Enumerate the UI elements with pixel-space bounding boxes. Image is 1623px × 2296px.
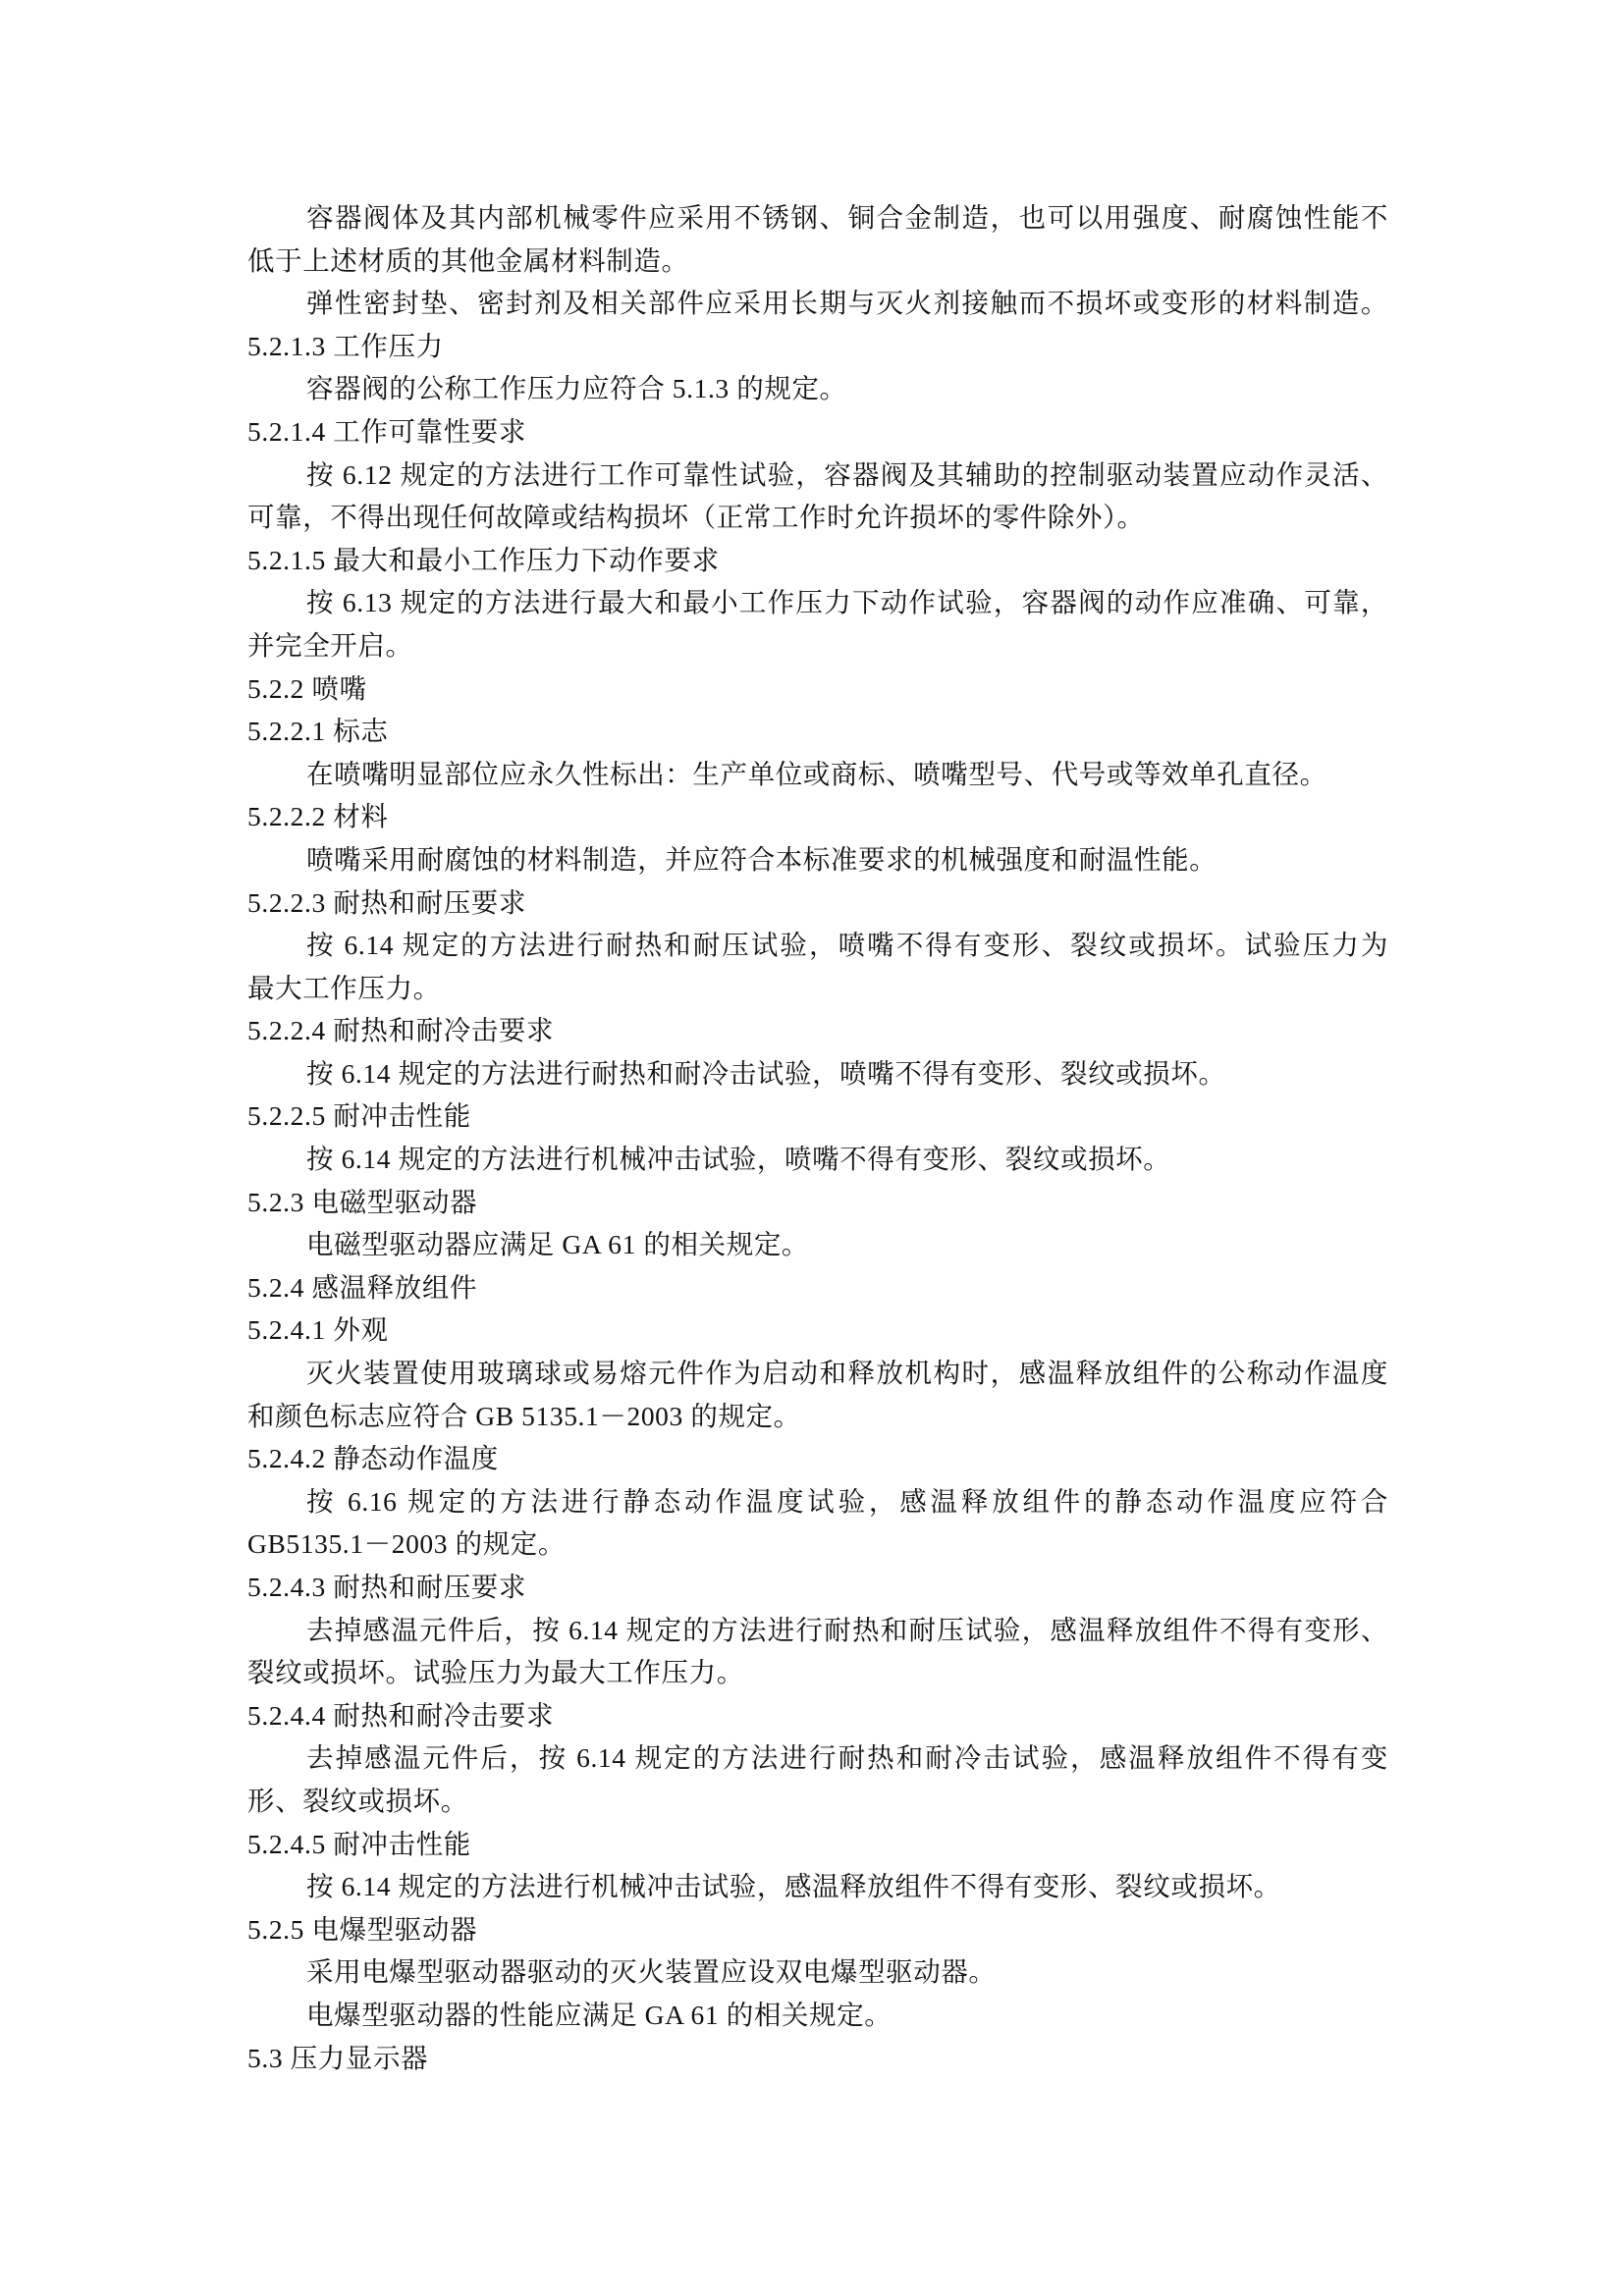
paragraph-first-line: 去掉感温元件后，按 6.14 规定的方法进行耐热和耐压试验，感温释放组件不得有变… <box>247 1609 1388 1652</box>
paragraph-first-line: 按 6.16 规定的方法进行静态动作温度试验，感温释放组件的静态动作温度应符合 <box>247 1480 1388 1523</box>
paragraph-continuation-line: 可靠，不得出现任何故障或结构损坏（正常工作时允许损坏的零件除外）。 <box>247 496 1388 539</box>
section-heading: 5.2.1.5 最大和最小工作压力下动作要求 <box>247 539 1388 582</box>
section-heading: 5.2.4 感温释放组件 <box>247 1266 1388 1309</box>
paragraph-continuation-line: 最大工作压力。 <box>247 967 1388 1010</box>
document-body: 容器阀体及其内部机械零件应采用不锈钢、铜合金制造，也可以用强度、耐腐蚀性能不低于… <box>247 196 1388 2079</box>
paragraph-first-line: 电爆型驱动器的性能应满足 GA 61 的相关规定。 <box>247 1994 1388 2037</box>
section-heading: 5.2.4.5 耐冲击性能 <box>247 1823 1388 1866</box>
section-heading: 5.2.2.3 耐热和耐压要求 <box>247 881 1388 925</box>
paragraph-continuation-line: 并完全开启。 <box>247 624 1388 667</box>
paragraph-first-line: 按 6.14 规定的方法进行耐热和耐压试验，喷嘴不得有变形、裂纹或损坏。试验压力… <box>247 924 1388 967</box>
paragraph-continuation-line: 低于上述材质的其他金属材料制造。 <box>247 240 1388 283</box>
section-heading: 5.2.2.5 耐冲击性能 <box>247 1095 1388 1138</box>
section-heading: 5.3 压力显示器 <box>247 2037 1388 2080</box>
paragraph-continuation-line: GB5135.1－2003 的规定。 <box>247 1522 1388 1566</box>
paragraph-first-line: 按 6.13 规定的方法进行最大和最小工作压力下动作试验，容器阀的动作应准确、可… <box>247 581 1388 624</box>
paragraph-continuation-line: 形、裂纹或损坏。 <box>247 1780 1388 1823</box>
section-heading: 5.2.2.1 标志 <box>247 710 1388 753</box>
paragraph-first-line: 在喷嘴明显部位应永久性标出：生产单位或商标、喷嘴型号、代号或等效单孔直径。 <box>247 753 1388 796</box>
paragraph-continuation-line: 裂纹或损坏。试验压力为最大工作压力。 <box>247 1651 1388 1694</box>
paragraph-first-line: 容器阀体及其内部机械零件应采用不锈钢、铜合金制造，也可以用强度、耐腐蚀性能不 <box>247 196 1388 240</box>
section-heading: 5.2.4.2 静态动作温度 <box>247 1437 1388 1480</box>
section-heading: 5.2.5 电爆型驱动器 <box>247 1908 1388 1951</box>
paragraph-first-line: 按 6.12 规定的方法进行工作可靠性试验，容器阀及其辅助的控制驱动装置应动作灵… <box>247 454 1388 497</box>
section-heading: 5.2.1.3 工作压力 <box>247 325 1388 368</box>
section-heading: 5.2.2 喷嘴 <box>247 667 1388 711</box>
section-heading: 5.2.2.2 材料 <box>247 795 1388 838</box>
section-heading: 5.2.3 电磁型驱动器 <box>247 1181 1388 1224</box>
section-heading: 5.2.4.3 耐热和耐压要求 <box>247 1566 1388 1609</box>
paragraph-first-line: 去掉感温元件后，按 6.14 规定的方法进行耐热和耐冷击试验，感温释放组件不得有… <box>247 1736 1388 1780</box>
paragraph-first-line: 喷嘴采用耐腐蚀的材料制造，并应符合本标准要求的机械强度和耐温性能。 <box>247 838 1388 881</box>
paragraph-first-line: 电磁型驱动器应满足 GA 61 的相关规定。 <box>247 1223 1388 1266</box>
paragraph-first-line: 弹性密封垫、密封剂及相关部件应采用长期与灭火剂接触而不损坏或变形的材料制造。 <box>247 282 1388 325</box>
section-heading: 5.2.1.4 工作可靠性要求 <box>247 410 1388 454</box>
paragraph-first-line: 采用电爆型驱动器驱动的灭火装置应设双电爆型驱动器。 <box>247 1950 1388 1994</box>
paragraph-first-line: 容器阀的公称工作压力应符合 5.1.3 的规定。 <box>247 367 1388 410</box>
section-heading: 5.2.4.4 耐热和耐冷击要求 <box>247 1694 1388 1737</box>
paragraph-first-line: 按 6.14 规定的方法进行机械冲击试验，感温释放组件不得有变形、裂纹或损坏。 <box>247 1865 1388 1908</box>
paragraph-first-line: 按 6.14 规定的方法进行耐热和耐冷击试验，喷嘴不得有变形、裂纹或损坏。 <box>247 1052 1388 1095</box>
paragraph-first-line: 按 6.14 规定的方法进行机械冲击试验，喷嘴不得有变形、裂纹或损坏。 <box>247 1138 1388 1181</box>
paragraph-continuation-line: 和颜色标志应符合 GB 5135.1－2003 的规定。 <box>247 1395 1388 1438</box>
section-heading: 5.2.2.4 耐热和耐冷击要求 <box>247 1009 1388 1052</box>
section-heading: 5.2.4.1 外观 <box>247 1308 1388 1352</box>
document-page: 容器阀体及其内部机械零件应采用不锈钢、铜合金制造，也可以用强度、耐腐蚀性能不低于… <box>0 0 1623 2296</box>
paragraph-first-line: 灭火装置使用玻璃球或易熔元件作为启动和释放机构时，感温释放组件的公称动作温度 <box>247 1352 1388 1395</box>
